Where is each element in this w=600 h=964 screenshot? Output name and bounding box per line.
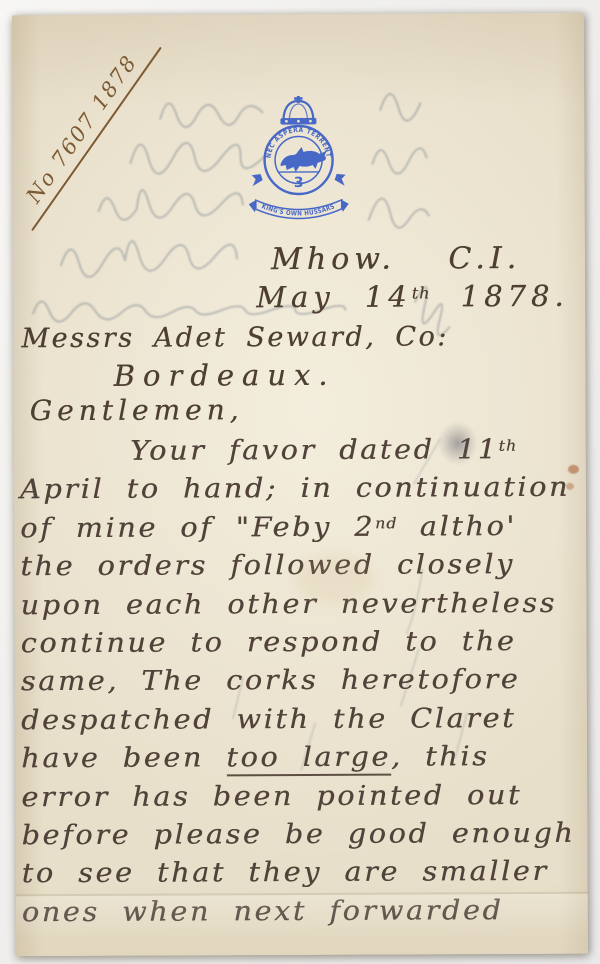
- text-segment: 1878.: [430, 279, 568, 314]
- letter-line: same, The corks heretofore: [21, 664, 600, 705]
- body-lines: Your favor dated 11thApril to hand; in c…: [20, 434, 588, 936]
- text-segment: to see that they are smaller: [22, 856, 549, 889]
- text-segment: despatched with the Claret: [21, 703, 516, 736]
- text-segment: error has been pointed out: [21, 780, 522, 813]
- text-segment: , this: [391, 741, 490, 772]
- crown-icon: [280, 96, 316, 125]
- text-segment: altho': [397, 511, 517, 543]
- text-segment: of mine of "Feby 2: [20, 511, 375, 544]
- letter-line: continue to respond to the: [21, 626, 600, 667]
- text-segment: same, The corks heretofore: [21, 664, 521, 697]
- recipient-city: Bordeaux.: [113, 358, 335, 393]
- crest-numeral: 3: [294, 175, 304, 191]
- filing-annotation-underline: [31, 47, 162, 231]
- filing-annotation: No 7607 1878: [14, 40, 152, 220]
- text-segment: upon each other nevertheless: [20, 587, 557, 620]
- letter-line: Your favor dated 11th: [20, 434, 600, 475]
- fold-crease: [16, 892, 588, 958]
- letter-line: of mine of "Feby 2nd altho': [20, 510, 600, 551]
- letter-line: have been too large, this: [21, 741, 600, 782]
- salutation: Gentlemen,: [30, 393, 244, 427]
- scroll-end-right-icon: [335, 174, 346, 186]
- superscript: th: [499, 437, 518, 455]
- letter-line: to see that they are smaller: [22, 856, 600, 897]
- date-line: May 14th 1878.: [256, 279, 569, 314]
- tan-stain: [294, 554, 374, 604]
- rust-spot: [568, 465, 579, 474]
- text-segment: the orders followed closely: [20, 549, 515, 582]
- letter-line: despatched with the Claret: [21, 702, 600, 743]
- superscript: th: [412, 283, 431, 302]
- letter-line: error has been pointed out: [21, 779, 600, 820]
- text-segment: have been: [21, 742, 226, 774]
- recipient-name: Messrs Adet Seward, Co:: [21, 321, 449, 354]
- regimental-crest: NEC ASPERA TERRENT 3 KING'S OWN HUSSARS: [242, 96, 355, 224]
- letter-line: April to hand; in continuation: [20, 472, 600, 513]
- letter-line: before please be good enough: [21, 818, 600, 859]
- superscript: nd: [375, 514, 397, 532]
- photo-background: No 7607 1878: [0, 0, 600, 964]
- text-segment: May 14: [256, 280, 412, 315]
- heading-place: Mhow. C.I.: [271, 241, 521, 277]
- text-segment: continue to respond to the: [21, 626, 517, 659]
- text-segment: April to hand; in continuation: [20, 472, 570, 505]
- rust-spot: [566, 483, 574, 490]
- letter-paper: No 7607 1878: [12, 13, 588, 956]
- underlined-phrase: too large: [226, 742, 391, 777]
- text-segment: before please be good enough: [21, 818, 575, 851]
- scroll-end-left-icon: [252, 174, 263, 186]
- ink-smudge-stain: [438, 421, 478, 465]
